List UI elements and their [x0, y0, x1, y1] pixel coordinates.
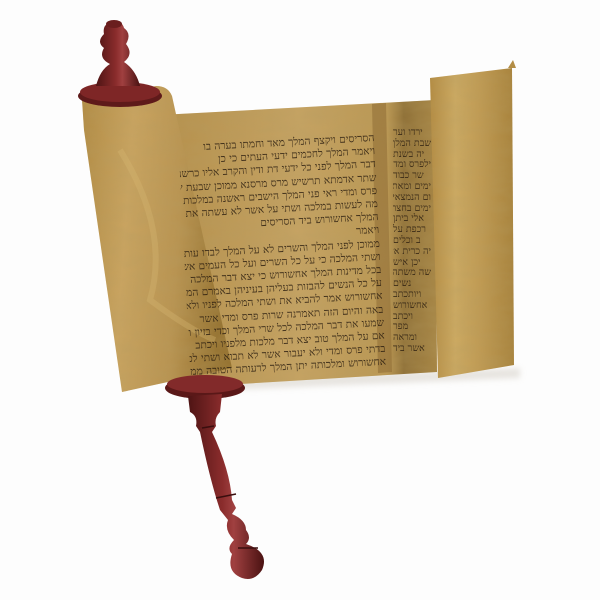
scroll-photo: הסריסים ויקצף המלך מאד וחמתו בערה בו ויא… — [0, 0, 600, 600]
main-text-column: הסריסים ויקצף המלך מאד וחמתו בערה בו ויא… — [178, 132, 386, 378]
text-line: יה כרית אין — [393, 247, 431, 258]
text-line: אחשורוש — [393, 301, 431, 312]
text-line: שבת המלך — [393, 139, 431, 150]
bottom-handle — [165, 375, 264, 579]
right-text-column: ירדו וער שבת המלך יה בשנת ילפרס ומדי שר … — [393, 128, 431, 360]
text-line: אשר ביד — [393, 344, 431, 355]
text-line: ום הנמצאים — [393, 193, 431, 204]
top-finial — [78, 20, 162, 107]
